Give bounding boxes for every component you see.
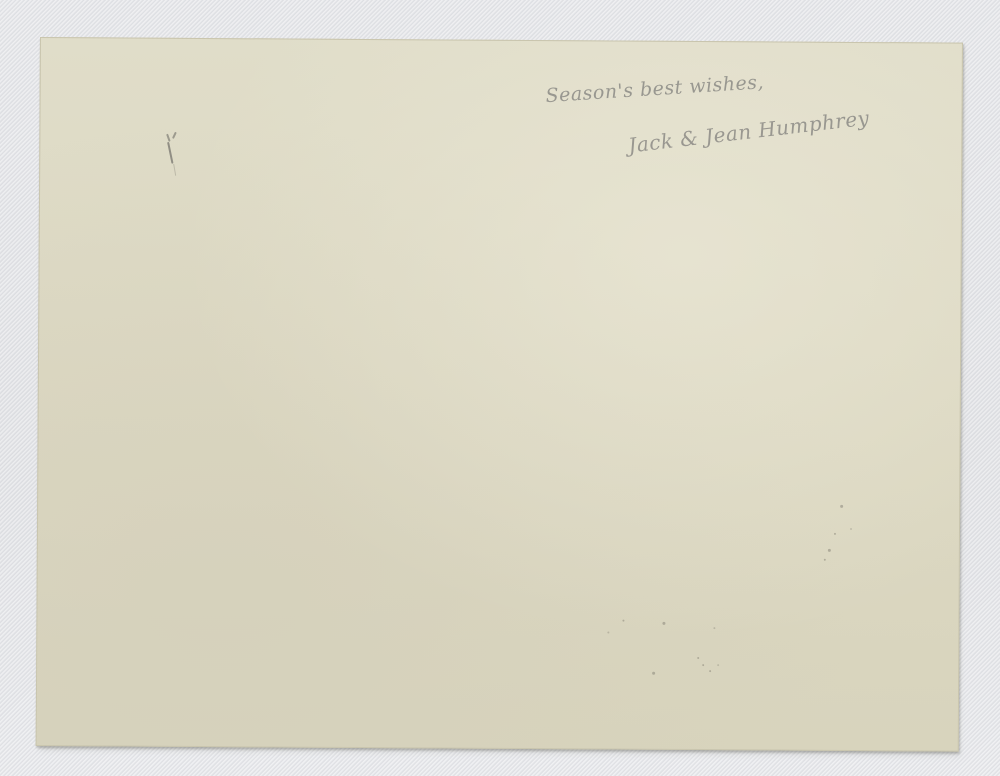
pencil-mark [164, 132, 184, 182]
inscription-line-1: Season's best wishes, [545, 71, 765, 107]
card-back: Season's best wishes, Jack & Jean Humphr… [36, 37, 963, 752]
inscription-signature: Jack & Jean Humphrey [627, 106, 871, 158]
